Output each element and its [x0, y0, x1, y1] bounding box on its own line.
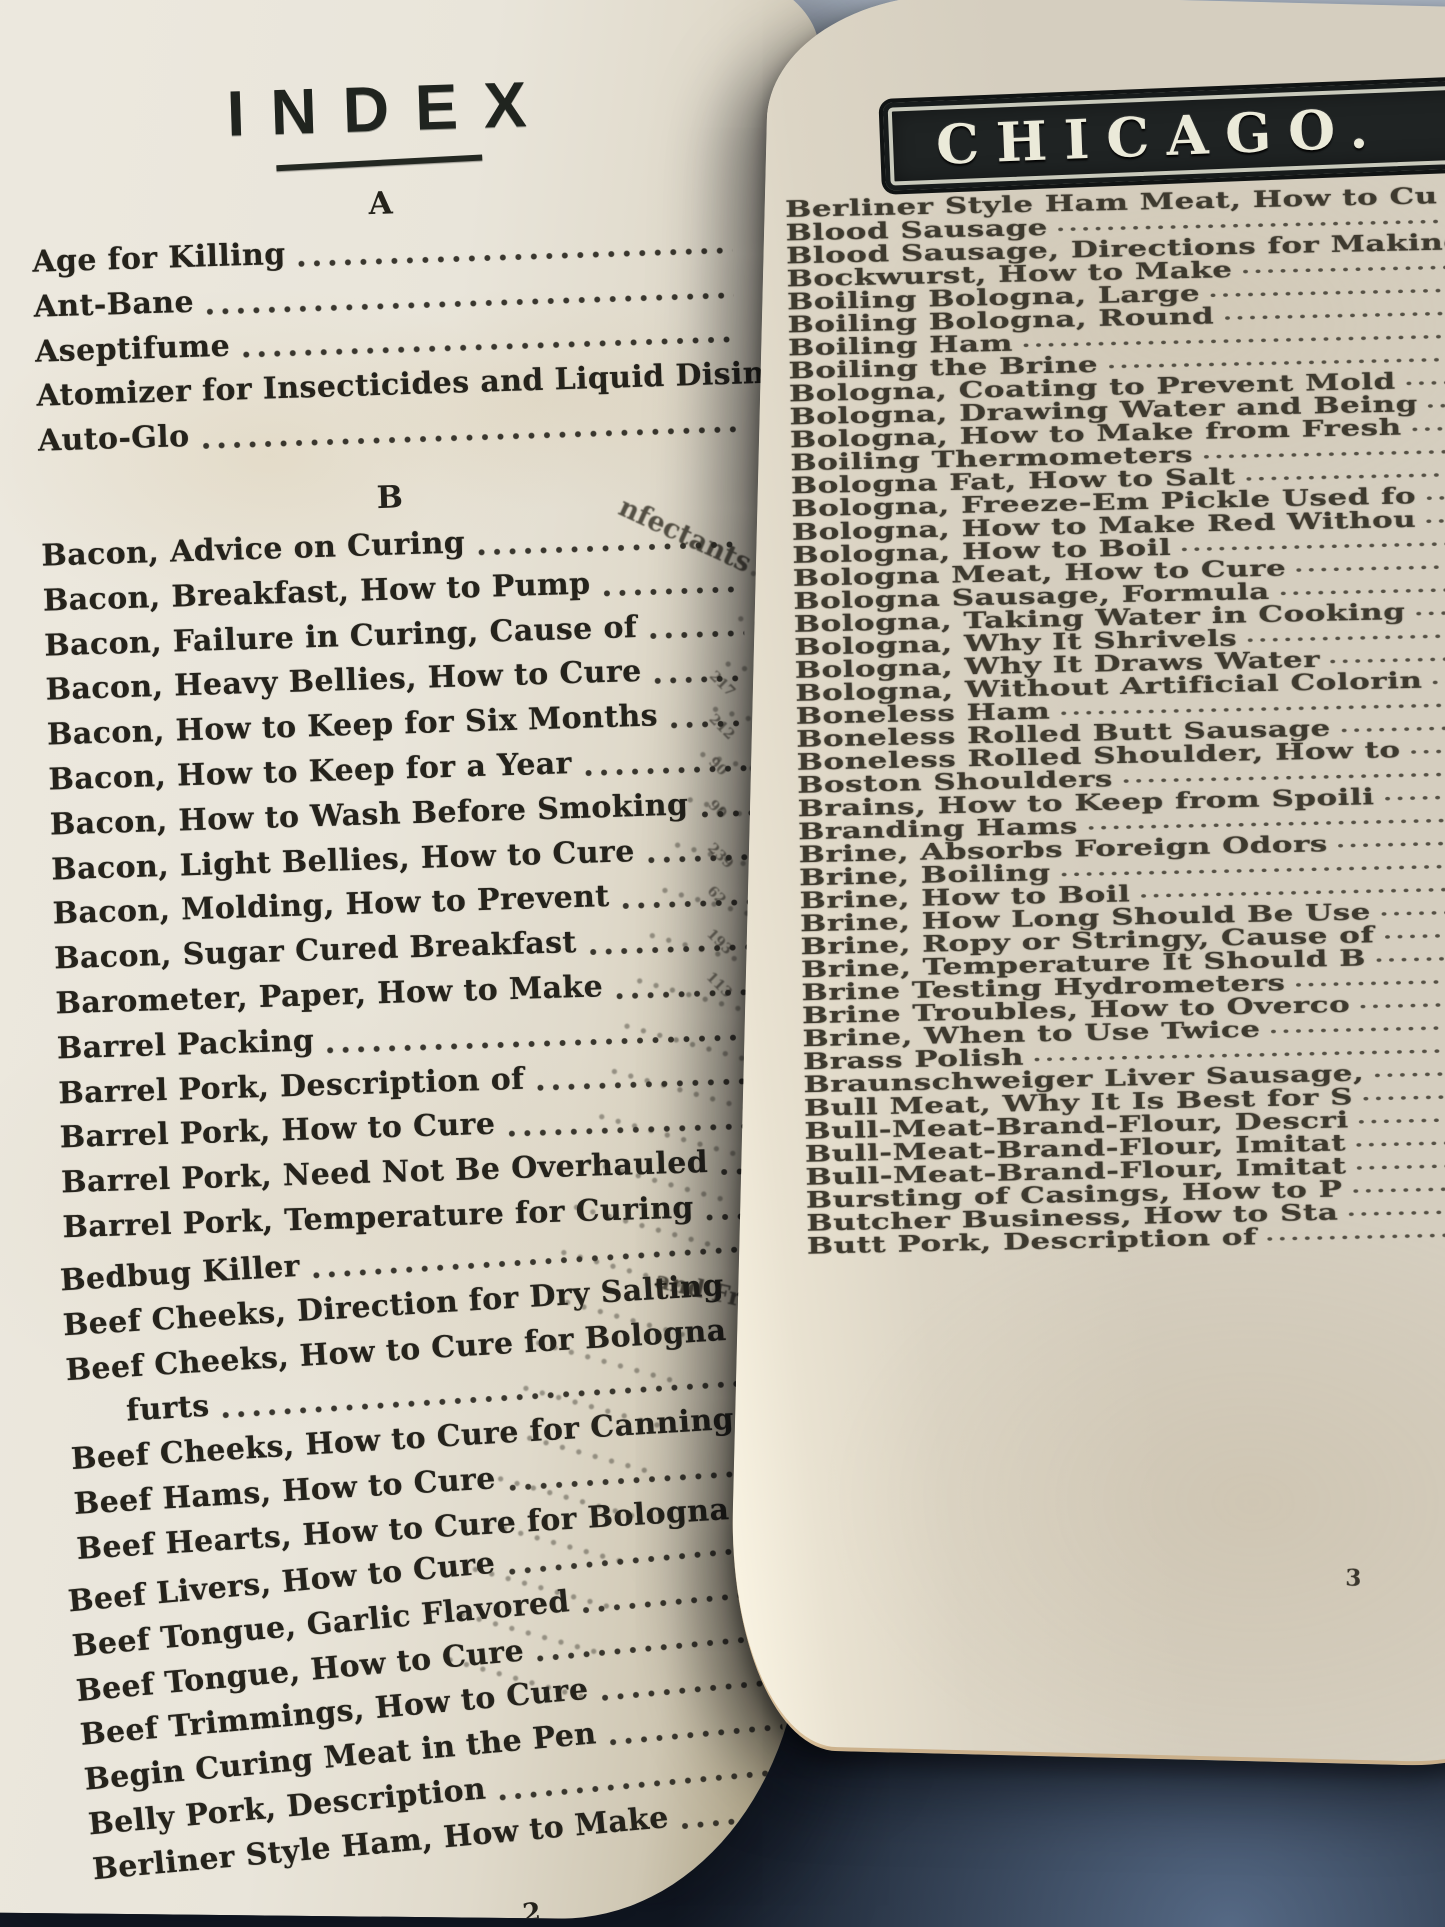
book-photo: nfectants and Frank- 2172129090239621931…: [0, 0, 1445, 1927]
dot-leader: [589, 942, 755, 956]
entry-label: Ant-Bane: [33, 281, 195, 331]
dot-leader: [622, 898, 753, 911]
dot-leader: [615, 987, 755, 1000]
dot-leader: [681, 1812, 791, 1831]
title-rule: [276, 154, 482, 171]
dot-leader: [1359, 1114, 1445, 1125]
dot-leader: [1376, 953, 1445, 964]
dot-leader: [1123, 769, 1445, 785]
dot-leader: [1140, 884, 1445, 900]
dot-leader: [647, 853, 752, 865]
dot-leader: [1381, 907, 1445, 918]
left-page-content: INDEX A Age for KillingAnt-BaneAseptifum…: [27, 61, 785, 1921]
dot-leader: [603, 584, 743, 597]
left-page: nfectants and Frank- 2172129090239621931…: [0, 0, 820, 1921]
entry-label: Age for Killing: [32, 233, 287, 286]
dot-leader: [1363, 1091, 1445, 1102]
index-title: INDEX: [27, 61, 729, 157]
chicago-banner-text: CHICAGO.: [935, 96, 1386, 177]
dot-leader: [584, 763, 749, 777]
dot-leader: [1352, 1184, 1445, 1195]
dot-leader: [1374, 1068, 1445, 1079]
dot-leader: [1338, 838, 1445, 849]
dot-leader: [1384, 930, 1445, 940]
dot-leader: [1348, 1207, 1445, 1218]
dot-leader: [1411, 746, 1445, 756]
dot-leader: [1034, 1045, 1445, 1063]
dot-leader: [1247, 631, 1445, 644]
dot-leader: [1406, 377, 1445, 387]
dot-leader: [1245, 469, 1445, 482]
index-list-right: Berliner Style Ham Meat, How to CuBlood …: [785, 183, 1445, 1258]
dot-leader: [1203, 446, 1445, 460]
dot-leader: [1428, 400, 1445, 409]
dot-leader: [1210, 285, 1445, 299]
dot-leader: [1242, 262, 1445, 275]
dot-leader: [1360, 999, 1445, 1010]
dot-leader: [507, 1122, 759, 1139]
dot-leader: [1295, 976, 1445, 988]
dot-leader: [537, 1077, 759, 1093]
dot-leader: [1426, 515, 1445, 524]
dot-leader: [1356, 1137, 1445, 1148]
dot-leader: [1280, 585, 1445, 598]
index-list-b-middle: Bedbug KillerBeef Cheeks, Direction for …: [59, 1217, 777, 1573]
dot-leader: [1415, 608, 1445, 618]
index-list-b-upper: Bacon, Advice on CuringBacon, Breakfast,…: [41, 513, 763, 1251]
left-page-number: 2: [521, 1873, 785, 1921]
dot-leader: [1356, 1160, 1445, 1171]
dot-leader: [202, 425, 738, 451]
dot-leader: [1341, 723, 1445, 734]
entry-label: Aseptifume: [34, 324, 230, 375]
entry-label: Barrel Packing: [56, 1019, 315, 1072]
index-list-a: Age for KillingAnt-BaneAseptifumeAtomize…: [32, 219, 739, 465]
dot-leader: [1426, 492, 1445, 501]
dot-leader: [1060, 700, 1445, 717]
entry-label: Auto-Glo: [37, 415, 190, 465]
dot-leader: [1432, 677, 1445, 686]
right-page-number: 3: [1345, 1565, 1362, 1592]
dot-leader: [477, 539, 741, 556]
right-page: CHICAGO. Berliner Style Ham Meat, How to…: [727, 0, 1445, 1768]
chicago-banner: CHICAGO.: [883, 73, 1445, 191]
index-list-b-lower: Beef Livers, How to CureBeef Tongue, Gar…: [66, 1517, 792, 1893]
dot-leader: [1412, 423, 1445, 433]
dot-leader: [1224, 308, 1445, 322]
dot-leader: [1296, 562, 1445, 574]
dot-leader: [1181, 539, 1445, 554]
dot-leader: [1330, 654, 1445, 665]
dot-leader: [654, 674, 746, 686]
entry-label: furts: [125, 1385, 211, 1435]
dot-leader: [1384, 792, 1445, 802]
dot-leader: [1270, 1022, 1445, 1035]
dot-leader: [649, 629, 744, 641]
dot-leader: [670, 719, 747, 730]
dot-leader: [1267, 1230, 1445, 1243]
dot-leader: [1088, 815, 1445, 832]
dot-leader: [700, 808, 750, 819]
dot-leader: [1061, 861, 1445, 878]
